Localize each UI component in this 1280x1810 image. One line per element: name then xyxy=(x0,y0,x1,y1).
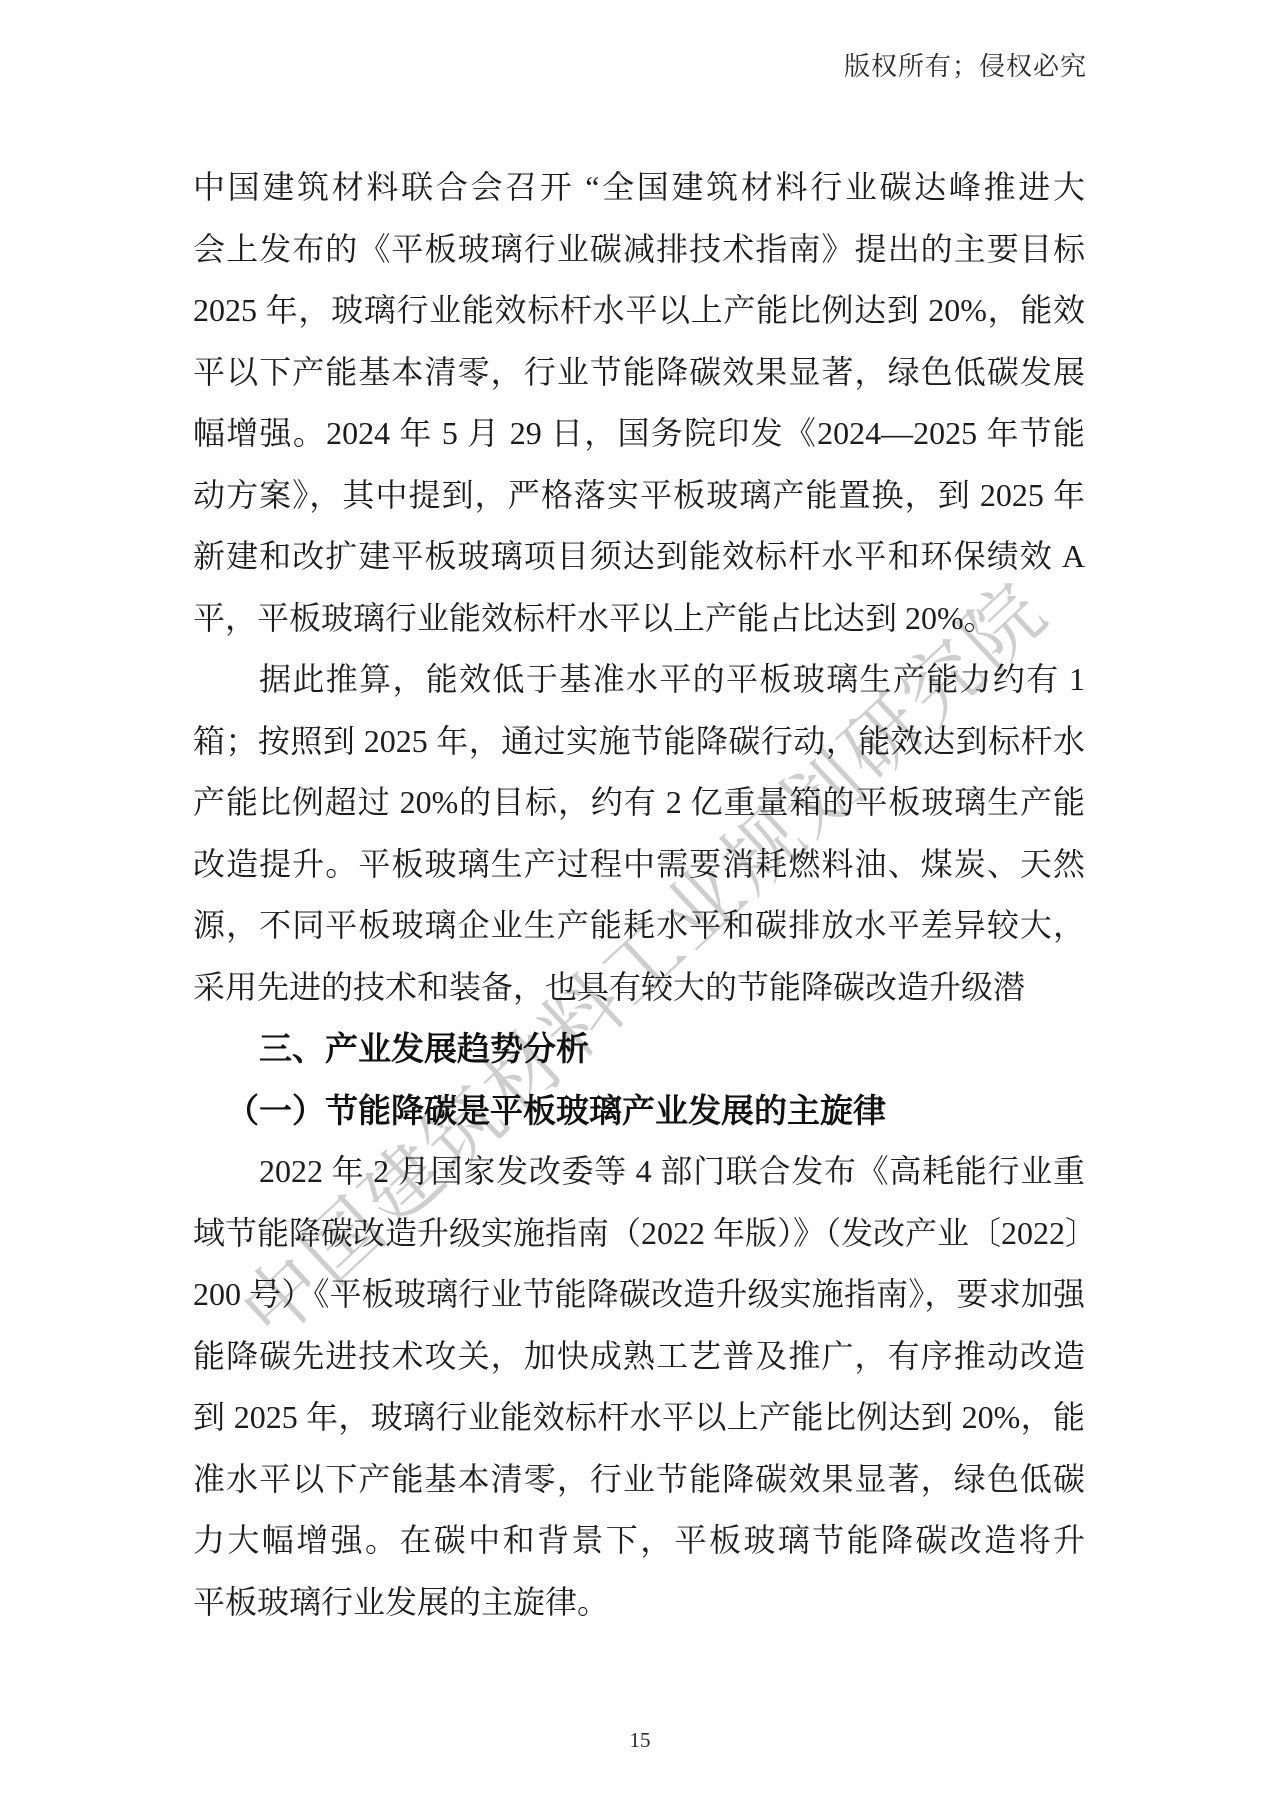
text-line: 改造提升。平板玻璃生产过程中需要消耗燃料油、煤炭、天然气等能 xyxy=(193,834,1085,896)
text-line: 200 号）《平板玻璃行业节能降碳改造升级实施指南》，要求加强节 xyxy=(193,1264,1085,1326)
text-line: 源，不同平板玻璃企业生产能耗水平和碳排放水平差异较大，但通过 xyxy=(193,895,1085,957)
text-line: 新建和改扩建平板玻璃项目须达到能效标杆水平和环保绩效 A 级水 xyxy=(193,526,1085,588)
text-line: 据此推算，能效低于基准水平的平板玻璃生产能力约有 1 亿重量 xyxy=(193,649,1085,711)
text-line: 到 2025 年，玻璃行业能效标杆水平以上产能比例达到 20%，能效基 xyxy=(193,1387,1085,1449)
section-heading: （一）节能降碳是平板玻璃产业发展的主旋律 xyxy=(193,1080,1085,1142)
text-line: 平板玻璃行业发展的主旋律。 xyxy=(193,1572,1085,1634)
text-line: 箱；按照到 2025 年，通过实施节能降碳行动，能效达到标杆水平的 xyxy=(193,711,1085,773)
text-line: 能降碳先进技术攻关，加快成熟工艺普及推广，有序推动改造升级。 xyxy=(193,1326,1085,1388)
text-line: 平以下产能基本清零，行业节能降碳效果显著，绿色低碳发展能力大 xyxy=(193,342,1085,404)
text-line: 力大幅增强。在碳中和背景下，平板玻璃节能降碳改造将升级，成为 xyxy=(193,1510,1085,1572)
text-line: 平，平板玻璃行业能效标杆水平以上产能占比达到 20%。 xyxy=(193,588,1085,650)
text-line: 产能比例超过 20%的目标，约有 2 亿重量箱的平板玻璃生产能力需要 xyxy=(193,772,1085,834)
text-line: 会上发布的《平板玻璃行业碳减排技术指南》提出的主要目标是：到 xyxy=(193,219,1085,281)
text-line: 动方案》，其中提到，严格落实平板玻璃产能置换，到 2025 年底， xyxy=(193,465,1085,527)
text-line: 域节能降碳改造升级实施指南（2022 年版）》（发改产业〔2022〕 xyxy=(193,1203,1085,1265)
copyright-notice: 版权所有；侵权必究 xyxy=(844,46,1087,83)
text-line: 中国建筑材料联合会召开 “全国建筑材料行业碳达峰推进大会”， xyxy=(193,157,1085,219)
section-heading: 三、产业发展趋势分析 xyxy=(193,1018,1085,1080)
page-number: 15 xyxy=(0,1728,1280,1753)
document-page: 版权所有；侵权必究 中国建筑材料工业规划研究院 中国建筑材料联合会召开 “全国建… xyxy=(0,0,1280,1810)
text-line: 幅增强。2024 年 5 月 29 日，国务院印发《2024—2025 年节能降… xyxy=(193,403,1085,465)
text-line: 准水平以下产能基本清零，行业节能降碳效果显著，绿色低碳发展能 xyxy=(193,1449,1085,1511)
text-line: 2022 年 2 月国家发改委等 4 部门联合发布《高耗能行业重点领 xyxy=(193,1141,1085,1203)
text-line: 2025 年，玻璃行业能效标杆水平以上产能比例达到 20%，能效基准水 xyxy=(193,280,1085,342)
document-body: 中国建筑材料联合会召开 “全国建筑材料行业碳达峰推进大会”，会上发布的《平板玻璃… xyxy=(193,157,1085,1633)
text-line: 采用先进的技术和装备，也具有较大的节能降碳改造升级潜力。 xyxy=(193,957,1085,1019)
